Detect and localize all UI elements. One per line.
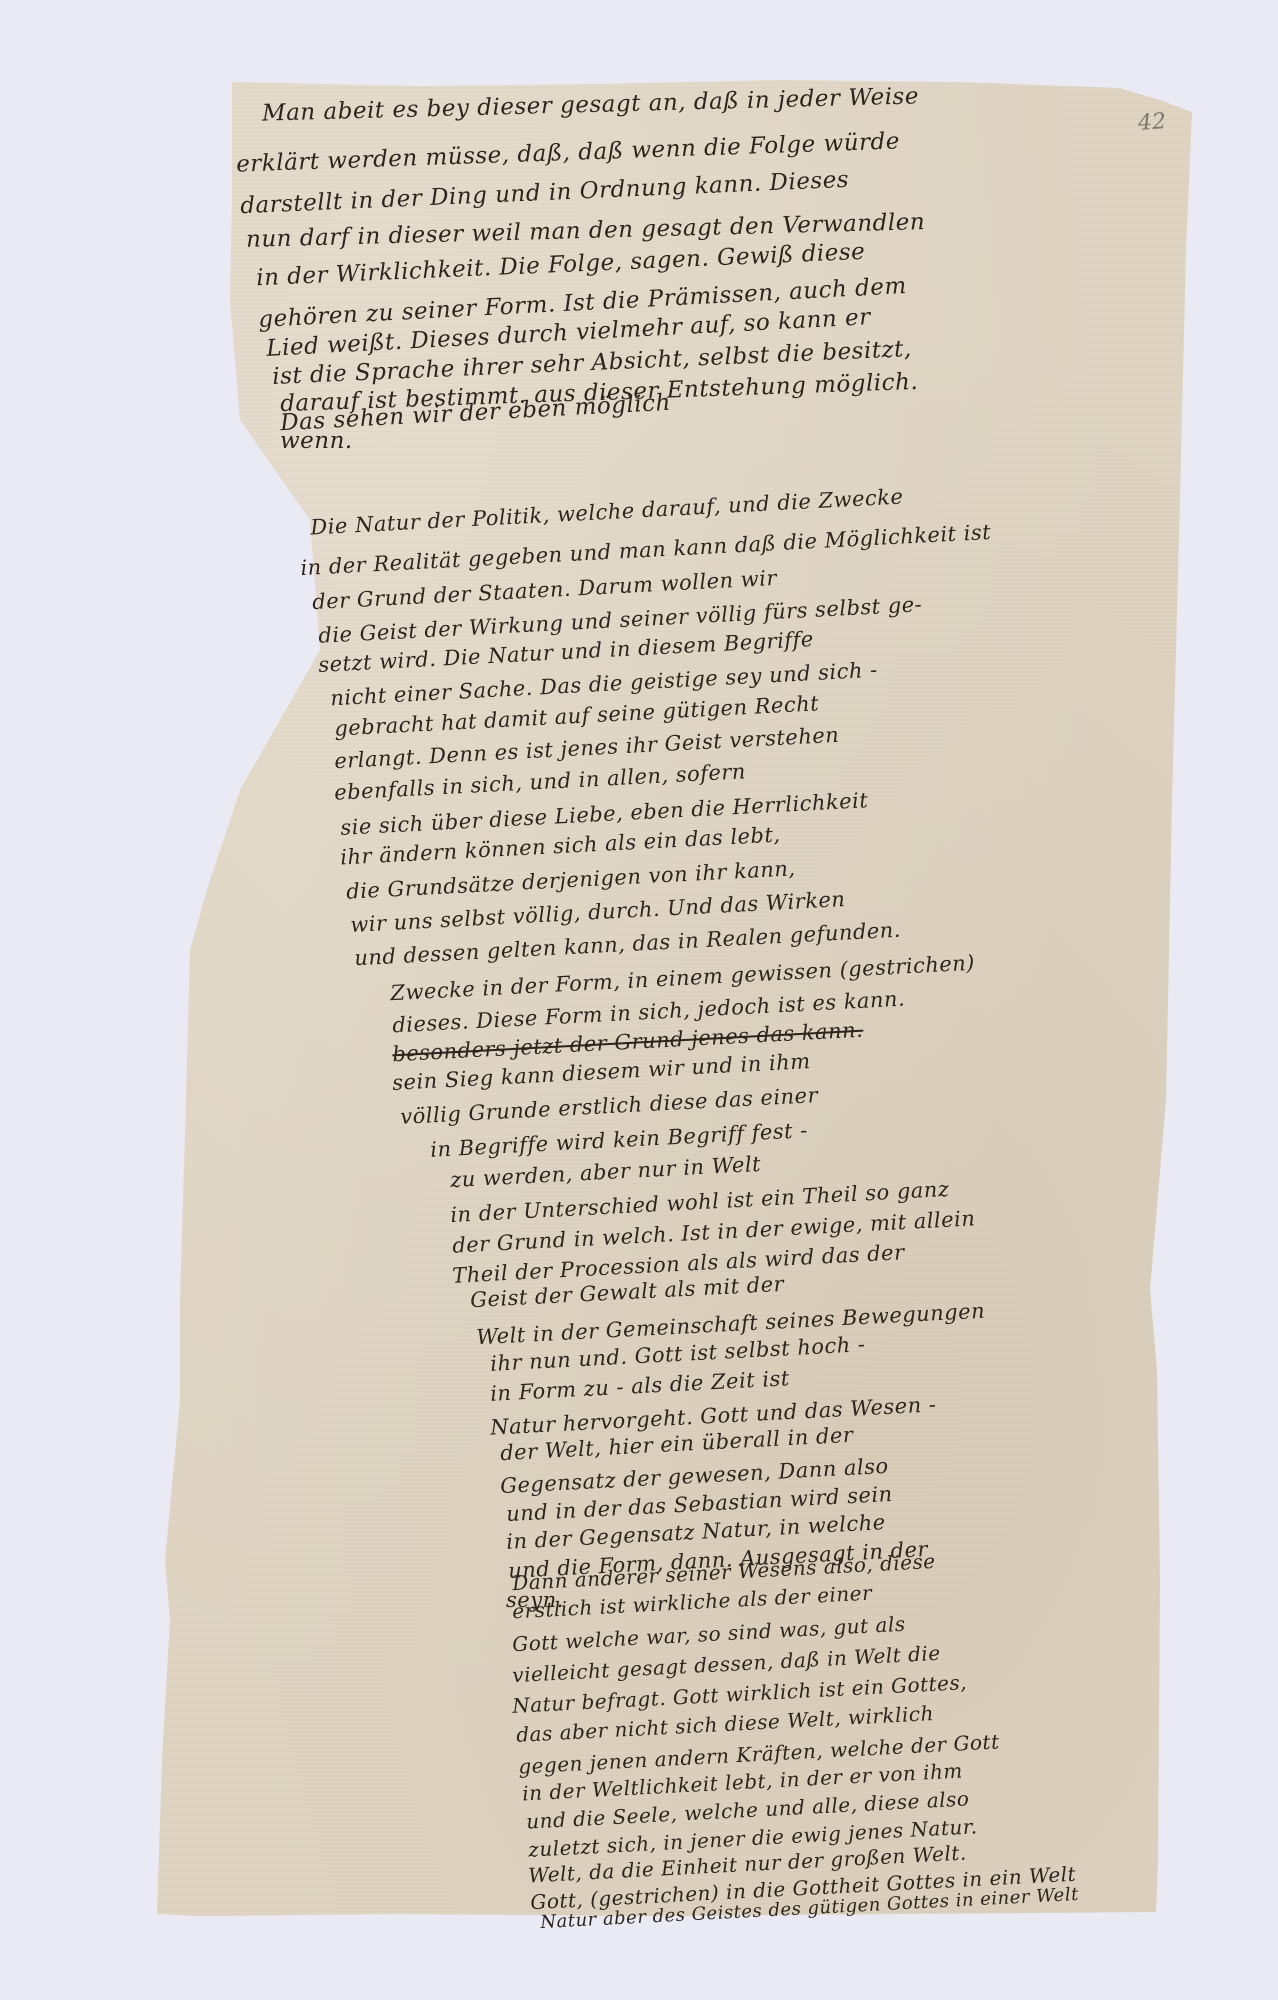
folio-number: 42: [1137, 109, 1167, 136]
manuscript-line: wenn.: [280, 428, 353, 454]
